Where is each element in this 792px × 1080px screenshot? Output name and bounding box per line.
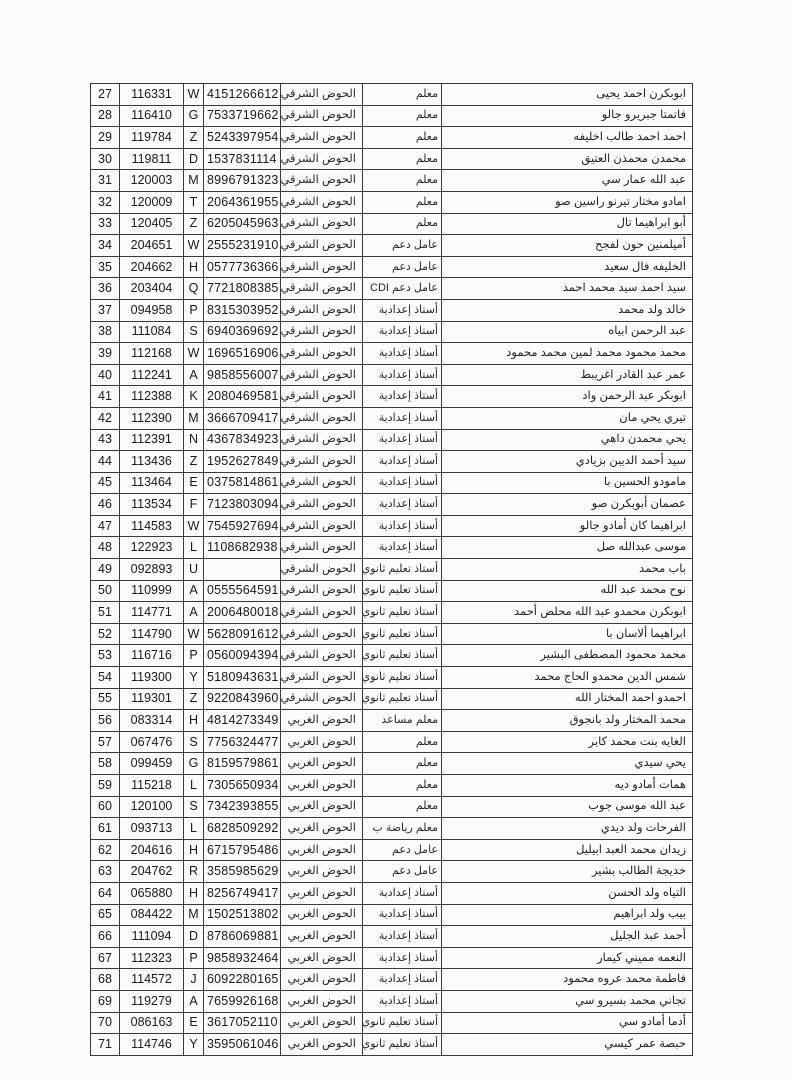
code-letter: E bbox=[184, 472, 204, 494]
employee-code: 120009 bbox=[120, 191, 184, 213]
row-number: 46 bbox=[91, 494, 120, 516]
full-name: محمد المختار ولد بانجوق bbox=[442, 710, 693, 732]
region: الحوض الشرقي bbox=[281, 170, 363, 192]
national-id: 5628091612 bbox=[204, 623, 281, 645]
full-name: سيد احمد سيد محمد احمد bbox=[442, 278, 693, 300]
code-letter: Z bbox=[184, 451, 204, 473]
region: الحوض الشرقي bbox=[281, 386, 363, 408]
table-row: 55 119301 Z 9220843960 الحوض الشرقي أستا… bbox=[91, 688, 693, 710]
row-number: 48 bbox=[91, 537, 120, 559]
table-row: 48 122923 L 1108682938 الحوض الشرقي أستا… bbox=[91, 537, 693, 559]
employee-code: 119784 bbox=[120, 127, 184, 149]
national-id: 3617052110 bbox=[204, 1012, 281, 1034]
table-row: 35 204662 H 0577736366 الحوض الشرقي عامل… bbox=[91, 256, 693, 278]
national-id: 7342393855 bbox=[204, 796, 281, 818]
code-letter: Z bbox=[184, 213, 204, 235]
full-name: الغايه بنت محمد كابر bbox=[442, 731, 693, 753]
row-number: 32 bbox=[91, 191, 120, 213]
full-name: عمر عبد القادر اغريبط bbox=[442, 364, 693, 386]
employee-code: 114771 bbox=[120, 602, 184, 624]
row-number: 45 bbox=[91, 472, 120, 494]
job-title: أستاذ تعليم ثانوي bbox=[363, 580, 442, 602]
region: الحوض الشرقي bbox=[281, 580, 363, 602]
code-letter: Z bbox=[184, 688, 204, 710]
employee-code: 119300 bbox=[120, 667, 184, 689]
employee-code: 110999 bbox=[120, 580, 184, 602]
code-letter: E bbox=[184, 1012, 204, 1034]
employee-code: 115218 bbox=[120, 775, 184, 797]
row-number: 30 bbox=[91, 148, 120, 170]
region: الحوض الغربي bbox=[281, 775, 363, 797]
employee-code: 203404 bbox=[120, 278, 184, 300]
job-title: أستاذ إعدادية bbox=[363, 343, 442, 365]
region: الحوض الغربي bbox=[281, 1012, 363, 1034]
code-letter: S bbox=[184, 321, 204, 343]
row-number: 37 bbox=[91, 299, 120, 321]
employee-code: 204762 bbox=[120, 861, 184, 883]
national-id: 7533719662 bbox=[204, 105, 281, 127]
code-letter: M bbox=[184, 407, 204, 429]
national-id: 2080469581 bbox=[204, 386, 281, 408]
national-id: 7659926168 bbox=[204, 990, 281, 1012]
job-title: أستاذ إعدادية bbox=[363, 926, 442, 948]
code-letter: A bbox=[184, 602, 204, 624]
employee-code: 114790 bbox=[120, 623, 184, 645]
job-title: أستاذ إعدادية bbox=[363, 515, 442, 537]
job-title: معلم bbox=[363, 753, 442, 775]
full-name: احمدو احمد المختار الله bbox=[442, 688, 693, 710]
region: الحوض الشرقي bbox=[281, 494, 363, 516]
row-number: 68 bbox=[91, 969, 120, 991]
employee-code: 113464 bbox=[120, 472, 184, 494]
code-letter: L bbox=[184, 537, 204, 559]
job-title: أستاذ إعدادية bbox=[363, 969, 442, 991]
full-name: ابراهيما كان أمادو جالو bbox=[442, 515, 693, 537]
region: الحوض الشرقي bbox=[281, 623, 363, 645]
region: الحوض الغربي bbox=[281, 861, 363, 883]
table-row: 30 119811 D 1537831114 الحوض الشرقي معلم… bbox=[91, 148, 693, 170]
table-row: 56 083314 H 4814273349 الحوض الغربي معلم… bbox=[91, 710, 693, 732]
job-title: أستاذ تعليم ثانوي bbox=[363, 667, 442, 689]
code-letter: S bbox=[184, 796, 204, 818]
job-title: أستاذ إعدادية bbox=[363, 990, 442, 1012]
employee-code: 204616 bbox=[120, 839, 184, 861]
job-title: عامل دعم bbox=[363, 235, 442, 257]
table-row: 70 086163 E 3617052110 الحوض الغربي أستا… bbox=[91, 1012, 693, 1034]
full-name: النعمه مميني كيمار bbox=[442, 947, 693, 969]
table-row: 45 113464 E 0375814861 الحوض الشرقي أستا… bbox=[91, 472, 693, 494]
national-id: 3585985629 bbox=[204, 861, 281, 883]
job-title: أستاذ إعدادية bbox=[363, 947, 442, 969]
code-letter: H bbox=[184, 839, 204, 861]
region: الحوض الشرقي bbox=[281, 364, 363, 386]
table-row: 27 116331 W 4151266612 الحوض الشرقي معلم… bbox=[91, 84, 693, 106]
row-number: 33 bbox=[91, 213, 120, 235]
row-number: 28 bbox=[91, 105, 120, 127]
code-letter: Q bbox=[184, 278, 204, 300]
region: الحوض الشرقي bbox=[281, 278, 363, 300]
region: الحوض الغربي bbox=[281, 904, 363, 926]
employee-code: 113534 bbox=[120, 494, 184, 516]
region: الحوض الشرقي bbox=[281, 191, 363, 213]
national-id: 3595061046 bbox=[204, 1034, 281, 1056]
job-title: عامل دعم bbox=[363, 256, 442, 278]
national-id: 8256749417 bbox=[204, 882, 281, 904]
job-title: أستاذ إعدادية bbox=[363, 364, 442, 386]
table-row: 50 110999 A 0555564591 الحوض الشرقي أستا… bbox=[91, 580, 693, 602]
national-id: 7545927694 bbox=[204, 515, 281, 537]
row-number: 42 bbox=[91, 407, 120, 429]
row-number: 38 bbox=[91, 321, 120, 343]
region: الحوض الشرقي bbox=[281, 256, 363, 278]
region: الحوض الغربي bbox=[281, 731, 363, 753]
region: الحوض الشرقي bbox=[281, 84, 363, 106]
table-row: 62 204616 H 6715795486 الحوض الغربي عامل… bbox=[91, 839, 693, 861]
national-id: 0555564591 bbox=[204, 580, 281, 602]
region: الحوض الشرقي bbox=[281, 127, 363, 149]
code-letter: W bbox=[184, 515, 204, 537]
full-name: خديجة الطالب بشير bbox=[442, 861, 693, 883]
employee-code: 120100 bbox=[120, 796, 184, 818]
code-letter: T bbox=[184, 191, 204, 213]
full-name: تجاني محمد بسيرو سي bbox=[442, 990, 693, 1012]
region: الحوض الشرقي bbox=[281, 407, 363, 429]
code-letter: W bbox=[184, 235, 204, 257]
region: الحوض الغربي bbox=[281, 882, 363, 904]
code-letter: P bbox=[184, 299, 204, 321]
job-title: أستاذ تعليم ثانوي bbox=[363, 623, 442, 645]
table-row: 46 113534 F 7123803094 الحوض الشرقي أستا… bbox=[91, 494, 693, 516]
national-id: 2064361955 bbox=[204, 191, 281, 213]
row-number: 39 bbox=[91, 343, 120, 365]
full-name: أبو ابراهيما تال bbox=[442, 213, 693, 235]
table-row: 34 204651 W 2555231910 الحوض الشرقي عامل… bbox=[91, 235, 693, 257]
job-title: أستاذ إعدادية bbox=[363, 321, 442, 343]
employee-code: 119301 bbox=[120, 688, 184, 710]
region: الحوض الشرقي bbox=[281, 645, 363, 667]
employee-code: 119279 bbox=[120, 990, 184, 1012]
code-letter: H bbox=[184, 256, 204, 278]
row-number: 34 bbox=[91, 235, 120, 257]
national-id bbox=[204, 559, 281, 581]
code-letter: U bbox=[184, 559, 204, 581]
code-letter: K bbox=[184, 386, 204, 408]
employee-code: 099459 bbox=[120, 753, 184, 775]
region: الحوض الغربي bbox=[281, 926, 363, 948]
national-id: 2555231910 bbox=[204, 235, 281, 257]
national-id: 7123803094 bbox=[204, 494, 281, 516]
table-row: 29 119784 Z 5243397954 الحوض الشرقي معلم… bbox=[91, 127, 693, 149]
region: الحوض الشرقي bbox=[281, 451, 363, 473]
national-id: 7756324477 bbox=[204, 731, 281, 753]
national-id: 4367834923 bbox=[204, 429, 281, 451]
region: الحوض الشرقي bbox=[281, 515, 363, 537]
employee-code: 084422 bbox=[120, 904, 184, 926]
job-title: أستاذ إعدادية bbox=[363, 537, 442, 559]
national-id: 6940369692 bbox=[204, 321, 281, 343]
full-name: عبد الله عمار سي bbox=[442, 170, 693, 192]
full-name: فاتمتا جبريرو جالو bbox=[442, 105, 693, 127]
region: الحوض الشرقي bbox=[281, 299, 363, 321]
region: الحوض الشرقي bbox=[281, 559, 363, 581]
code-letter: G bbox=[184, 753, 204, 775]
code-letter: Y bbox=[184, 667, 204, 689]
table-row: 52 114790 W 5628091612 الحوض الشرقي أستا… bbox=[91, 623, 693, 645]
job-title: أستاذ تعليم ثانوي bbox=[363, 645, 442, 667]
row-number: 65 bbox=[91, 904, 120, 926]
region: الحوض الشرقي bbox=[281, 472, 363, 494]
employee-code: 083314 bbox=[120, 710, 184, 732]
table-row: 41 112388 K 2080469581 الحوض الشرقي أستا… bbox=[91, 386, 693, 408]
table-row: 28 116410 G 7533719662 الحوض الشرقي معلم… bbox=[91, 105, 693, 127]
national-id: 6092280165 bbox=[204, 969, 281, 991]
row-number: 27 bbox=[91, 84, 120, 106]
full-name: فاطمة محمد عروه محمود bbox=[442, 969, 693, 991]
row-number: 50 bbox=[91, 580, 120, 602]
table-row: 60 120100 S 7342393855 الحوض الغربي معلم… bbox=[91, 796, 693, 818]
job-title: أستاذ تعليم ثانوي bbox=[363, 1012, 442, 1034]
full-name: سيد أحمد الديين بزيادي bbox=[442, 451, 693, 473]
full-name: أميلمنين حون لفجح bbox=[442, 235, 693, 257]
region: الحوض الشرقي bbox=[281, 537, 363, 559]
full-name: ابوبكرن محمدو عبد الله محلض أحمد bbox=[442, 602, 693, 624]
code-letter: L bbox=[184, 818, 204, 840]
employee-code: 119811 bbox=[120, 148, 184, 170]
code-letter: N bbox=[184, 429, 204, 451]
job-title: معلم bbox=[363, 84, 442, 106]
job-title: أستاذ تعليم ثانوي bbox=[363, 1034, 442, 1056]
national-id: 8996791323 bbox=[204, 170, 281, 192]
row-number: 59 bbox=[91, 775, 120, 797]
employee-code: 116716 bbox=[120, 645, 184, 667]
full-name: تيري يحي مان bbox=[442, 407, 693, 429]
row-number: 40 bbox=[91, 364, 120, 386]
region: الحوض الشرقي bbox=[281, 148, 363, 170]
national-id: 4814273349 bbox=[204, 710, 281, 732]
national-id: 4151266612 bbox=[204, 84, 281, 106]
region: الحوض الشرقي bbox=[281, 429, 363, 451]
table-row: 44 113436 Z 1952627849 الحوض الشرقي أستا… bbox=[91, 451, 693, 473]
full-name: عصمان أبوبكرن صو bbox=[442, 494, 693, 516]
employee-code: 092893 bbox=[120, 559, 184, 581]
region: الحوض الشرقي bbox=[281, 321, 363, 343]
national-id: 1108682938 bbox=[204, 537, 281, 559]
row-number: 58 bbox=[91, 753, 120, 775]
job-title: أستاذ إعدادية bbox=[363, 429, 442, 451]
table-row: 33 120405 Z 6205045963 الحوض الشرقي معلم… bbox=[91, 213, 693, 235]
table-row: 43 112391 N 4367834923 الحوض الشرقي أستا… bbox=[91, 429, 693, 451]
code-letter: Z bbox=[184, 127, 204, 149]
row-number: 61 bbox=[91, 818, 120, 840]
full-name: الخليفه فال سعيد bbox=[442, 256, 693, 278]
national-id: 6828509292 bbox=[204, 818, 281, 840]
full-name: يحي سيدي bbox=[442, 753, 693, 775]
row-number: 41 bbox=[91, 386, 120, 408]
employee-code: 112388 bbox=[120, 386, 184, 408]
table-row: 68 114572 J 6092280165 الحوض الغربي أستا… bbox=[91, 969, 693, 991]
employee-code: 113436 bbox=[120, 451, 184, 473]
table-row: 32 120009 T 2064361955 الحوض الشرقي معلم… bbox=[91, 191, 693, 213]
job-title: معلم bbox=[363, 191, 442, 213]
table-row: 67 112323 P 9858932464 الحوض الغربي أستا… bbox=[91, 947, 693, 969]
region: الحوض الغربي bbox=[281, 947, 363, 969]
table-row: 65 084422 M 1502513802 الحوض الغربي أستا… bbox=[91, 904, 693, 926]
row-number: 55 bbox=[91, 688, 120, 710]
full-name: عبد الله موسى جوب bbox=[442, 796, 693, 818]
job-title: عامل دعم CDI bbox=[363, 278, 442, 300]
full-name: التياه ولد الحسن bbox=[442, 882, 693, 904]
national-id: 7305650934 bbox=[204, 775, 281, 797]
row-number: 57 bbox=[91, 731, 120, 753]
national-id: 1952627849 bbox=[204, 451, 281, 473]
table-row: 47 114583 W 7545927694 الحوض الشرقي أستا… bbox=[91, 515, 693, 537]
table-row: 66 111094 D 8786069881 الحوض الغربي أستا… bbox=[91, 926, 693, 948]
national-id: 6205045963 bbox=[204, 213, 281, 235]
employee-code: 204662 bbox=[120, 256, 184, 278]
region: الحوض الغربي bbox=[281, 753, 363, 775]
row-number: 63 bbox=[91, 861, 120, 883]
employee-code: 122923 bbox=[120, 537, 184, 559]
table-row: 51 114771 A 2006480018 الحوض الشرقي أستا… bbox=[91, 602, 693, 624]
job-title: معلم bbox=[363, 796, 442, 818]
region: الحوض الشرقي bbox=[281, 343, 363, 365]
code-letter: H bbox=[184, 710, 204, 732]
code-letter: M bbox=[184, 170, 204, 192]
row-number: 64 bbox=[91, 882, 120, 904]
region: الحوض الغربي bbox=[281, 990, 363, 1012]
national-id: 8315303952 bbox=[204, 299, 281, 321]
row-number: 56 bbox=[91, 710, 120, 732]
full-name: باب محمد bbox=[442, 559, 693, 581]
row-number: 36 bbox=[91, 278, 120, 300]
job-title: أستاذ تعليم ثانوي bbox=[363, 602, 442, 624]
national-id: 1696516906 bbox=[204, 343, 281, 365]
row-number: 51 bbox=[91, 602, 120, 624]
table-body: 27 116331 W 4151266612 الحوض الشرقي معلم… bbox=[91, 84, 693, 1056]
full-name: عبد الرحمن ابياه bbox=[442, 321, 693, 343]
row-number: 53 bbox=[91, 645, 120, 667]
table-row: 37 094958 P 8315303952 الحوض الشرقي أستا… bbox=[91, 299, 693, 321]
row-number: 70 bbox=[91, 1012, 120, 1034]
national-id: 6715795486 bbox=[204, 839, 281, 861]
row-number: 29 bbox=[91, 127, 120, 149]
row-number: 31 bbox=[91, 170, 120, 192]
employee-code: 114583 bbox=[120, 515, 184, 537]
full-name: أدما أمادو سي bbox=[442, 1012, 693, 1034]
region: الحوض الغربي bbox=[281, 818, 363, 840]
job-title: معلم رياضة ب bbox=[363, 818, 442, 840]
full-name: ابوبكرن احمد يحيى bbox=[442, 84, 693, 106]
job-title: معلم bbox=[363, 105, 442, 127]
table-row: 53 116716 P 0560094394 الحوض الشرقي أستا… bbox=[91, 645, 693, 667]
job-title: أستاذ إعدادية bbox=[363, 451, 442, 473]
full-name: شمس الدين محمدو الحاج محمد bbox=[442, 667, 693, 689]
national-id: 1537831114 bbox=[204, 148, 281, 170]
national-id: 1502513802 bbox=[204, 904, 281, 926]
table-row: 38 111084 S 6940369692 الحوض الشرقي أستا… bbox=[91, 321, 693, 343]
region: الحوض الشرقي bbox=[281, 688, 363, 710]
employee-code: 111094 bbox=[120, 926, 184, 948]
table-row: 42 112390 M 3666709417 الحوض الشرقي أستا… bbox=[91, 407, 693, 429]
job-title: معلم bbox=[363, 170, 442, 192]
table-row: 61 093713 L 6828509292 الحوض الغربي معلم… bbox=[91, 818, 693, 840]
table-row: 59 115218 L 7305650934 الحوض الغربي معلم… bbox=[91, 775, 693, 797]
employee-code: 067476 bbox=[120, 731, 184, 753]
row-number: 49 bbox=[91, 559, 120, 581]
row-number: 71 bbox=[91, 1034, 120, 1056]
job-title: معلم bbox=[363, 775, 442, 797]
table-row: 31 120003 M 8996791323 الحوض الشرقي معلم… bbox=[91, 170, 693, 192]
code-letter: D bbox=[184, 926, 204, 948]
job-title: أستاذ إعدادية bbox=[363, 904, 442, 926]
code-letter: H bbox=[184, 882, 204, 904]
employee-code: 120003 bbox=[120, 170, 184, 192]
region: الحوض الشرقي bbox=[281, 602, 363, 624]
row-number: 47 bbox=[91, 515, 120, 537]
full-name: زيدان محمد العبد ابيليل bbox=[442, 839, 693, 861]
full-name: خالد ولد محمد bbox=[442, 299, 693, 321]
full-name: ابوبكر عبد الرحمن واد bbox=[442, 386, 693, 408]
region: الحوض الغربي bbox=[281, 969, 363, 991]
national-id: 5243397954 bbox=[204, 127, 281, 149]
region: الحوض الشرقي bbox=[281, 105, 363, 127]
national-id: 0375814861 bbox=[204, 472, 281, 494]
row-number: 54 bbox=[91, 667, 120, 689]
employee-code: 120405 bbox=[120, 213, 184, 235]
employee-code: 111084 bbox=[120, 321, 184, 343]
row-number: 35 bbox=[91, 256, 120, 278]
full-name: الفرحات ولد ديدي bbox=[442, 818, 693, 840]
job-title: أستاذ إعدادية bbox=[363, 299, 442, 321]
full-name: محمدن محمذن العتيق bbox=[442, 148, 693, 170]
code-letter: W bbox=[184, 623, 204, 645]
row-number: 60 bbox=[91, 796, 120, 818]
full-name: أحمد عبد الجليل bbox=[442, 926, 693, 948]
region: الحوض الغربي bbox=[281, 710, 363, 732]
table-row: 69 119279 A 7659926168 الحوض الغربي أستا… bbox=[91, 990, 693, 1012]
table-row: 57 067476 S 7756324477 الحوض الغربي معلم… bbox=[91, 731, 693, 753]
employee-code: 116331 bbox=[120, 84, 184, 106]
job-title: عامل دعم bbox=[363, 839, 442, 861]
code-letter: W bbox=[184, 343, 204, 365]
table-row: 40 112241 A 9858556007 الحوض الشرقي أستا… bbox=[91, 364, 693, 386]
national-id: 5180943631 bbox=[204, 667, 281, 689]
employee-code: 065880 bbox=[120, 882, 184, 904]
employee-code: 094958 bbox=[120, 299, 184, 321]
code-letter: S bbox=[184, 731, 204, 753]
full-name: حبصة عمر كيسي bbox=[442, 1034, 693, 1056]
code-letter: R bbox=[184, 861, 204, 883]
code-letter: J bbox=[184, 969, 204, 991]
table-row: 71 114746 Y 3595061046 الحوض الغربي أستا… bbox=[91, 1034, 693, 1056]
region: الحوض الغربي bbox=[281, 839, 363, 861]
code-letter: P bbox=[184, 947, 204, 969]
job-title: أستاذ إعدادية bbox=[363, 472, 442, 494]
employee-code: 093713 bbox=[120, 818, 184, 840]
employee-code: 114746 bbox=[120, 1034, 184, 1056]
table-row: 36 203404 Q 7721808385 الحوض الشرقي عامل… bbox=[91, 278, 693, 300]
table-row: 64 065880 H 8256749417 الحوض الغربي أستا… bbox=[91, 882, 693, 904]
full-name: موسى عبدالله صل bbox=[442, 537, 693, 559]
region: الحوض الشرقي bbox=[281, 235, 363, 257]
personnel-table: 27 116331 W 4151266612 الحوض الشرقي معلم… bbox=[90, 83, 693, 1056]
code-letter: A bbox=[184, 990, 204, 1012]
row-number: 52 bbox=[91, 623, 120, 645]
code-letter: Y bbox=[184, 1034, 204, 1056]
full-name: بيب ولد ابراهيم bbox=[442, 904, 693, 926]
job-title: عامل دعم bbox=[363, 861, 442, 883]
code-letter: A bbox=[184, 364, 204, 386]
